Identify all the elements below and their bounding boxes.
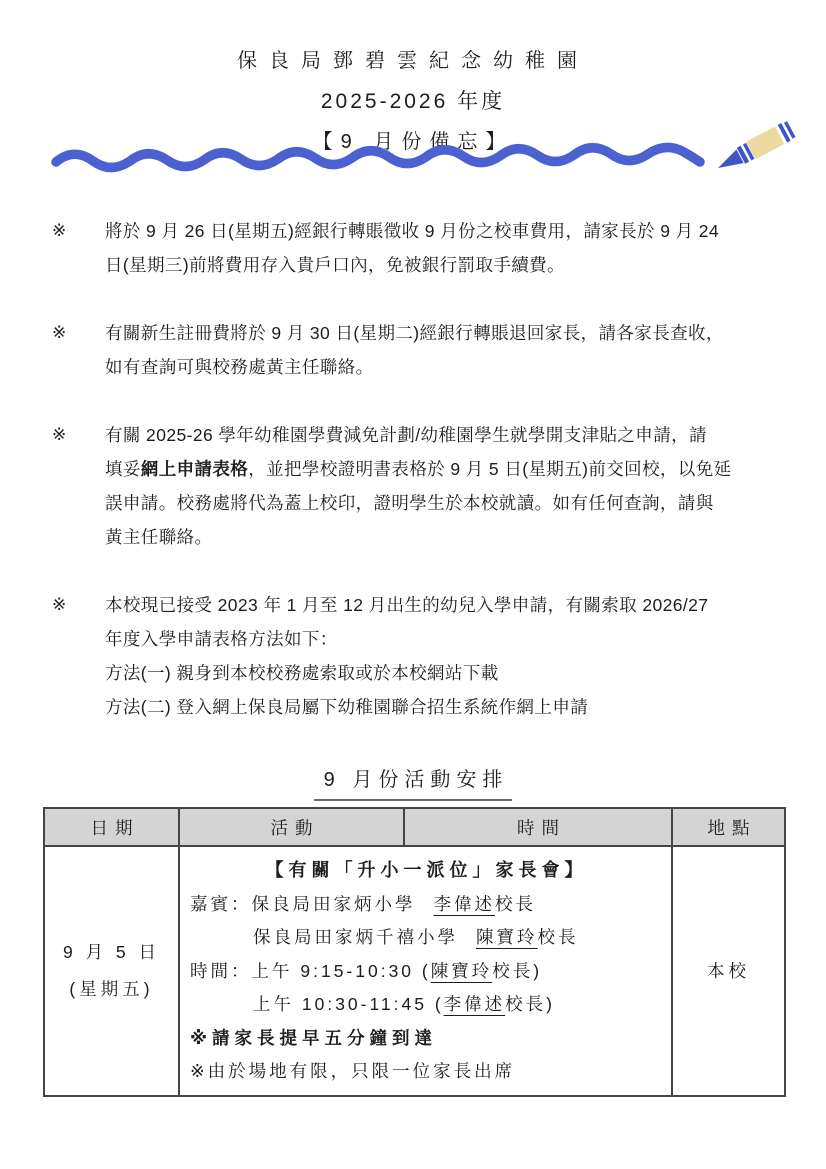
memo-text-line: 填妥網上申請表格，並把學校證明書表格於 9 月 5 日(星期五)前交回校，以免延 — [105, 452, 788, 486]
reference-mark-icon: ※ — [52, 214, 105, 282]
header-activity: 活動 — [179, 808, 404, 846]
memo-item-admission: ※ 本校現已接受 2023 年 1 月至 12 月出生的幼兒入學申請，有關索取 … — [52, 588, 788, 724]
memo-text-line: 日(星期三)前將費用存入貴戶口內，免被銀行罰取手續費。 — [105, 248, 788, 282]
guest-line-2: 保良局田家炳千禧小學陳寶玲校長 — [190, 921, 663, 955]
memo-text-line: 誤申請。校務處將代為蓋上校印，證明學生於本校就讀。如有任何查詢，請與 — [105, 486, 788, 520]
online-form-bold-text: 網上申請表格 — [141, 459, 248, 479]
header-location: 地點 — [672, 808, 785, 846]
memo-method-line: 方法(二) 登入網上保良局屬下幼稚園聯合招生系統作網上申請 — [105, 690, 788, 724]
reference-mark-icon: ※ — [52, 588, 105, 724]
event-detail-cell: 【有關「升小一派位」家長會】 嘉賓：保良局田家炳小學李偉述校長 保良局田家炳千禧… — [179, 846, 672, 1096]
activity-table-title-wrap: 9 月份活動安排 — [0, 763, 826, 801]
principal-name-underlined: 陳寶玲 — [431, 961, 493, 981]
memo-list: ※ 將於 9 月 26 日(星期五)經銀行轉賬徵收 9 月份之校車費用，請家長於… — [52, 214, 788, 758]
memo-item-bus-fee: ※ 將於 9 月 26 日(星期五)經銀行轉賬徵收 9 月份之校車費用，請家長於… — [52, 214, 788, 282]
activity-table: 日期 活動 時間 地點 9 月 5 日 (星期五) 【有關「升小一派位」家長會】… — [43, 807, 786, 1097]
wavy-line-divider — [50, 132, 794, 186]
memo-method-line: 方法(一) 親身到本校校務處索取或於本校網站下載 — [105, 656, 788, 690]
event-note-one-parent: ※由於場地有限，只限一位家長出席 — [190, 1055, 663, 1089]
principal-name-underlined: 李偉述 — [444, 994, 506, 1014]
memo-text-line: 將於 9 月 26 日(星期五)經銀行轉賬徵收 9 月份之校車費用，請家長於 9… — [105, 214, 788, 248]
guest-line-1: 嘉賓：保良局田家炳小學李偉述校長 — [190, 888, 663, 922]
memo-text-line: 年度入學申請表格方法如下： — [105, 622, 788, 656]
location-cell: 本校 — [672, 846, 785, 1096]
activity-table-header-row: 日期 活動 時間 地點 — [44, 808, 785, 846]
activity-table-title: 9 月份活動安排 — [314, 763, 513, 801]
principal-name-underlined: 李偉述 — [434, 894, 496, 914]
document-page: 保良局鄧碧雲紀念幼稚園 2025-2026 年度 【9 月份備忘】 ※ — [0, 0, 826, 1169]
wave-stroke — [56, 147, 700, 167]
event-date: 9 月 5 日 — [46, 934, 177, 971]
memo-text-line: 黃主任聯絡。 — [105, 520, 788, 554]
reference-mark-icon: ※ — [52, 418, 105, 554]
school-year: 2025-2026 年度 — [0, 85, 826, 115]
memo-item-fee-remission: ※ 有關 2025-26 學年幼稚園學費減免計劃/幼稚園學生就學開支津貼之申請，… — [52, 418, 788, 554]
principal-name-underlined: 陳寶玲 — [476, 927, 538, 947]
memo-item-registration-refund: ※ 有關新生註冊費將於 9 月 30 日(星期二)經銀行轉賬退回家長，請各家長查… — [52, 316, 788, 384]
event-weekday: (星期五) — [46, 971, 177, 1008]
reference-mark-icon: ※ — [52, 316, 105, 384]
school-name: 保良局鄧碧雲紀念幼稚園 — [0, 44, 826, 73]
date-cell: 9 月 5 日 (星期五) — [44, 846, 179, 1096]
time-line-1: 時間：上午 9:15-10:30 (陳寶玲校長) — [190, 955, 663, 989]
event-title: 【有關「升小一派位」家長會】 — [190, 854, 663, 888]
header-date: 日期 — [44, 808, 179, 846]
activity-table-row: 9 月 5 日 (星期五) 【有關「升小一派位」家長會】 嘉賓：保良局田家炳小學… — [44, 846, 785, 1096]
memo-text-line: 如有查詢可與校務處黃主任聯絡。 — [105, 350, 788, 384]
header-time: 時間 — [404, 808, 672, 846]
memo-text-line: 有關 2025-26 學年幼稚園學費減免計劃/幼稚園學生就學開支津貼之申請，請 — [105, 418, 788, 452]
time-line-2: 上午 10:30-11:45 (李偉述校長) — [190, 988, 663, 1022]
memo-text-line: 有關新生註冊費將於 9 月 30 日(星期二)經銀行轉賬退回家長，請各家長查收， — [105, 316, 788, 350]
event-note-arrive-early: ※請家長提早五分鐘到達 — [190, 1022, 663, 1056]
memo-text-line: 本校現已接受 2023 年 1 月至 12 月出生的幼兒入學申請，有關索取 20… — [105, 588, 788, 622]
